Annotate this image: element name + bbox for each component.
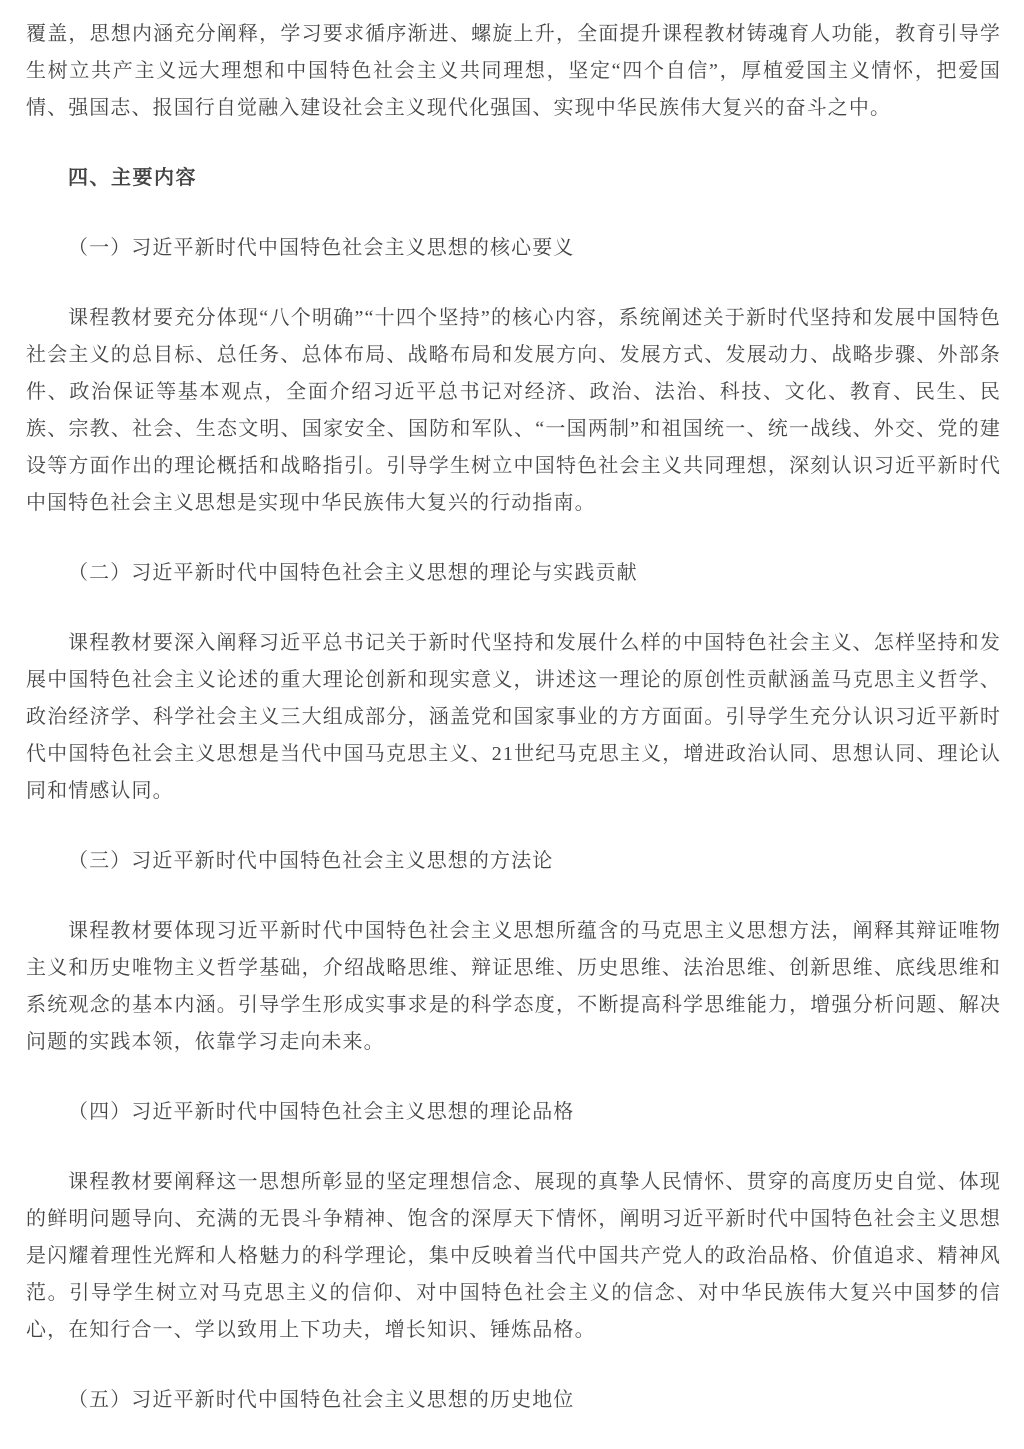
subsection-body-3: 课程教材要体现习近平新时代中国特色社会主义思想所蕴含的马克思主义思想方法，阐释其…: [26, 913, 1001, 1061]
subsection-body-4: 课程教材要阐释这一思想所彰显的坚定理想信念、展现的真挚人民情怀、贯穿的高度历史自…: [26, 1164, 1001, 1349]
subsection-heading-2: （二）习近平新时代中国特色社会主义思想的理论与实践贡献: [26, 555, 1001, 592]
paragraph-continuation: 覆盖，思想内涵充分阐释，学习要求循序渐进、螺旋上升，全面提升课程教材铸魂育人功能…: [26, 16, 1001, 127]
section-heading-main: 四、主要内容: [26, 160, 1001, 197]
subsection-body-2: 课程教材要深入阐释习近平总书记关于新时代坚持和发展什么样的中国特色社会主义、怎样…: [26, 625, 1001, 810]
subsection-body-1: 课程教材要充分体现“八个明确”“十四个坚持”的核心内容，系统阐述关于新时代坚持和…: [26, 300, 1001, 522]
subsection-heading-4: （四）习近平新时代中国特色社会主义思想的理论品格: [26, 1094, 1001, 1131]
subsection-heading-3: （三）习近平新时代中国特色社会主义思想的方法论: [26, 843, 1001, 880]
subsection-heading-1: （一）习近平新时代中国特色社会主义思想的核心要义: [26, 230, 1001, 267]
subsection-heading-5: （五）习近平新时代中国特色社会主义思想的历史地位: [26, 1382, 1001, 1419]
document-page: 覆盖，思想内涵充分阐释，学习要求循序渐进、螺旋上升，全面提升课程教材铸魂育人功能…: [0, 0, 1024, 1419]
